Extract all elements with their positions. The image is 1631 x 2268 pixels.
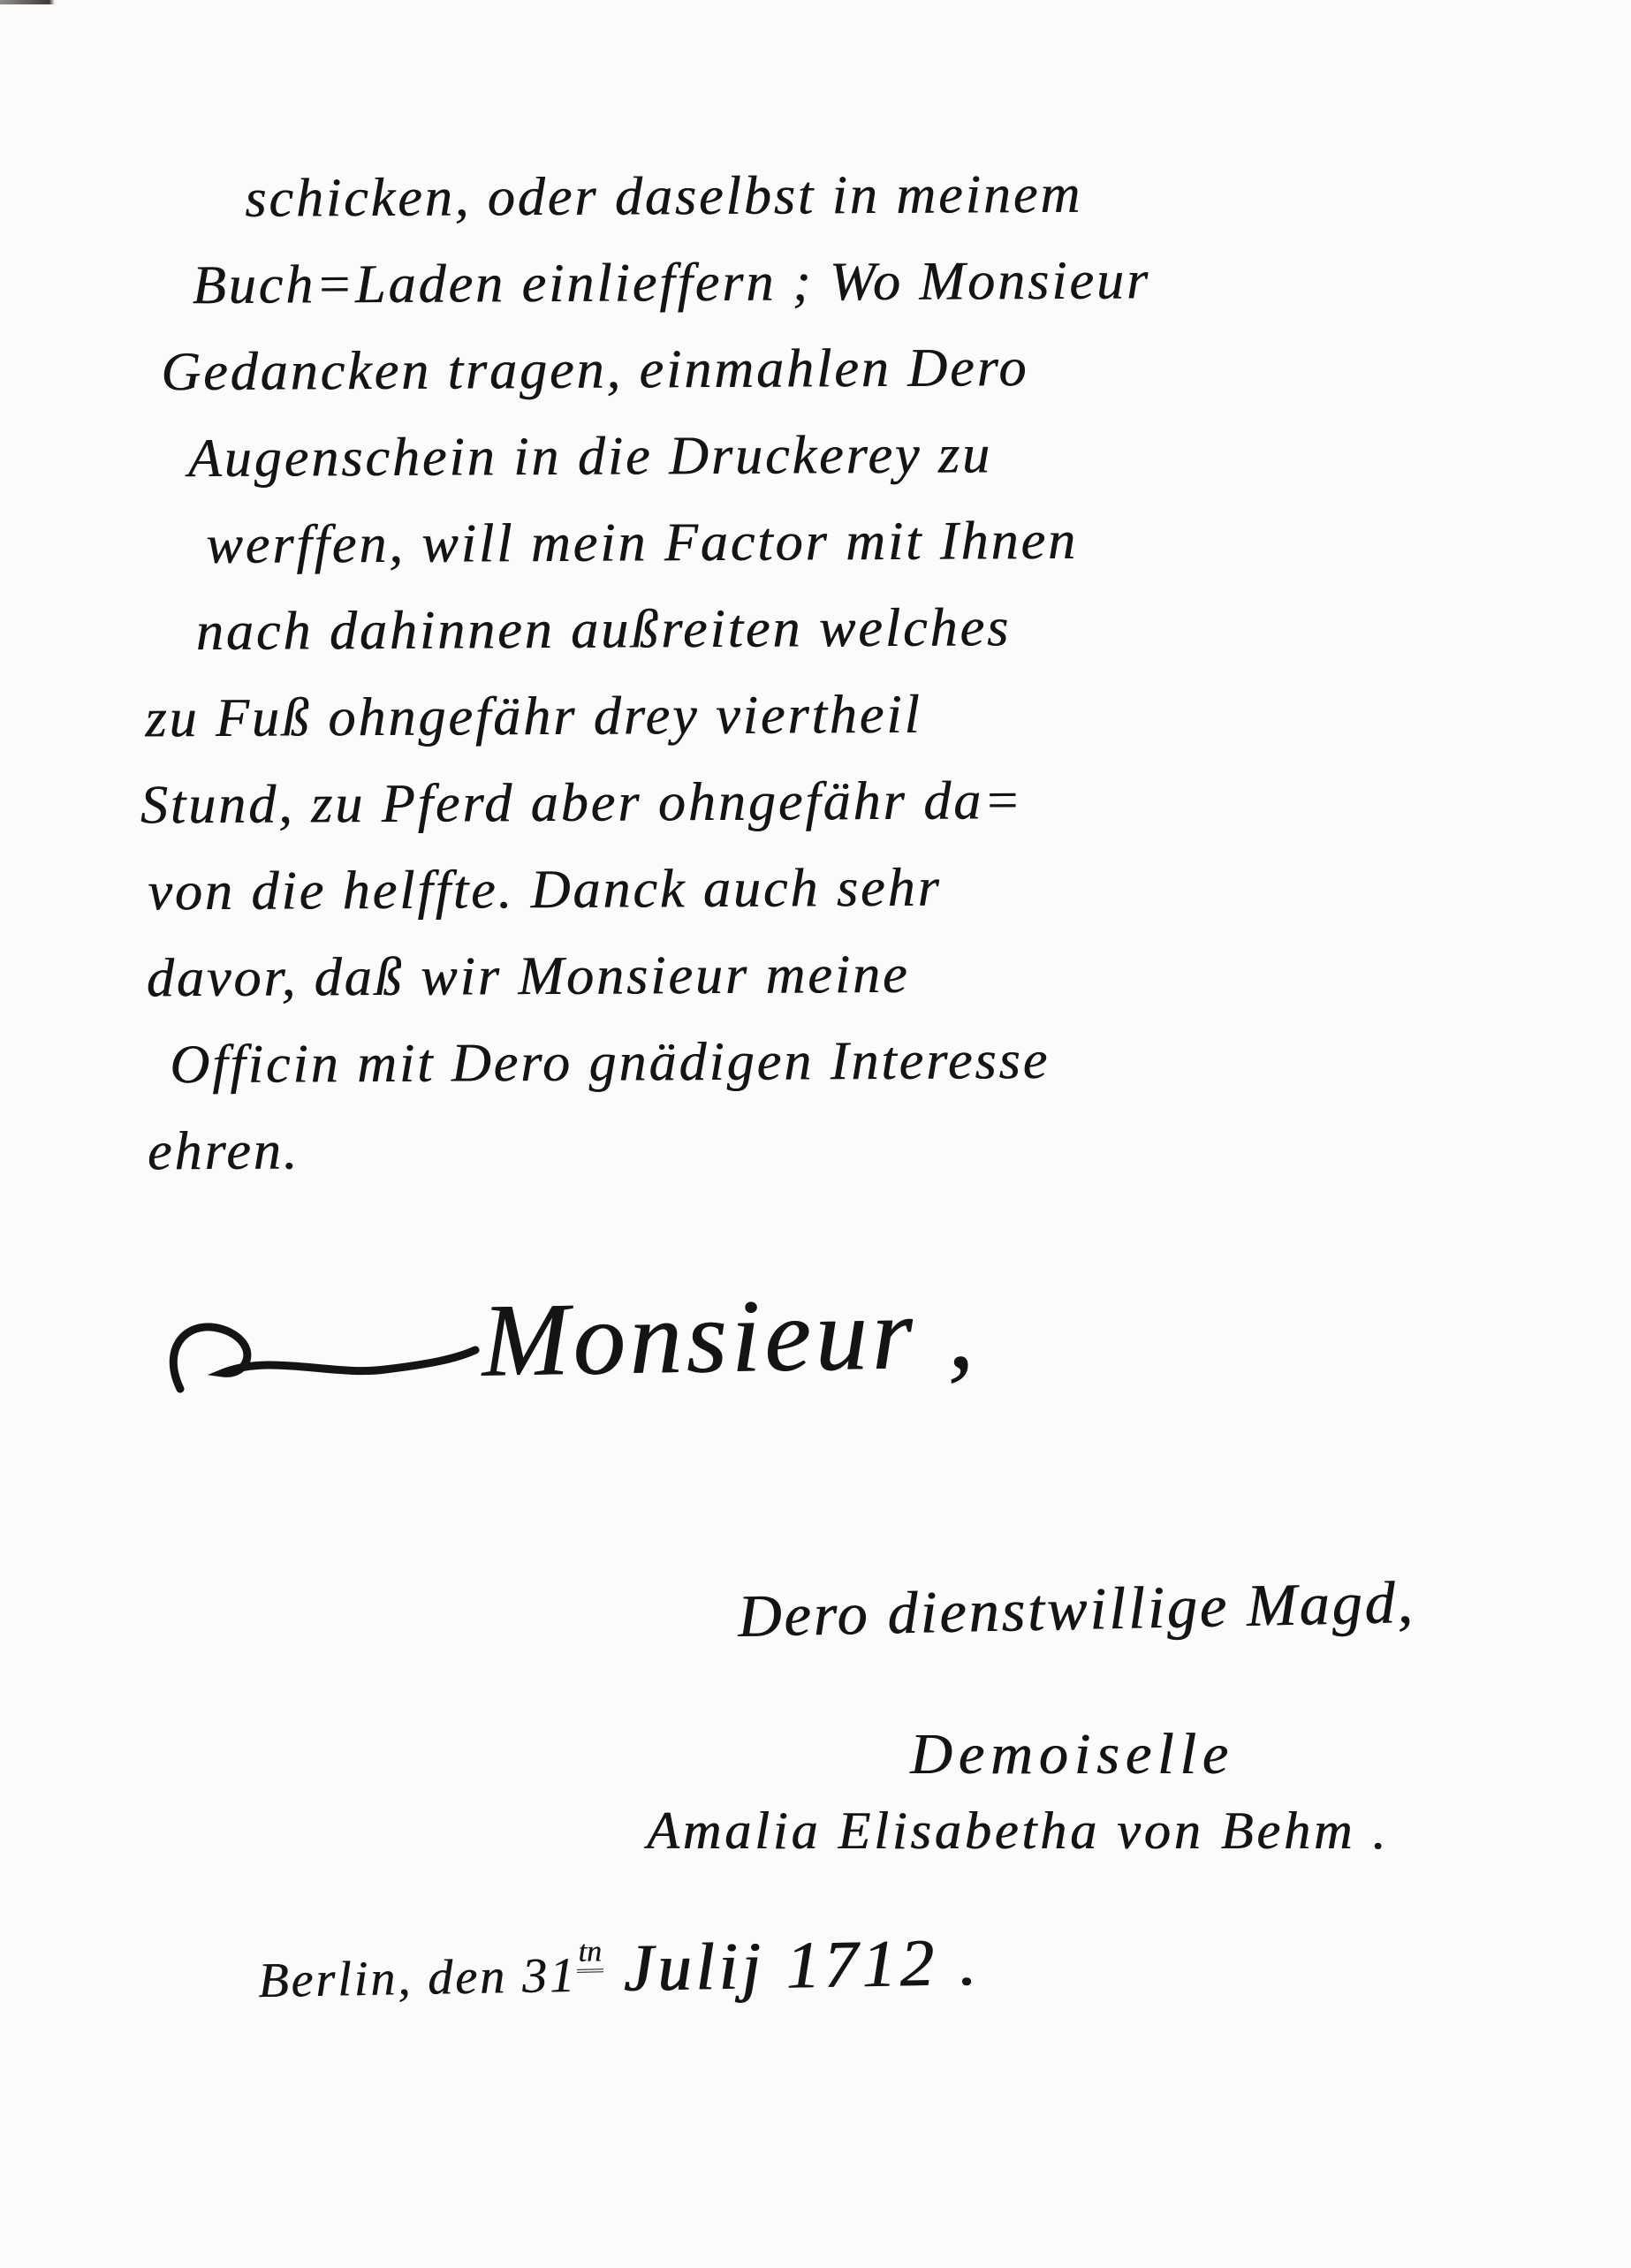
closing-servant-line: Dero dienstwillige Magd, (737, 1567, 1415, 1651)
manuscript-line-4: Augenschein in die Druckerey zu (138, 408, 1622, 503)
closing-title-line: Demoiselle (910, 1721, 1234, 1788)
manuscript-line-8: Stund, zu Pferd aber ohngefähr da= (140, 755, 1625, 849)
dateline-month-year: Julij 1712 . (623, 1925, 981, 2006)
manuscript-line-11: Officin mit Dero gnädigen Interesse (141, 1014, 1626, 1109)
signature-name: Amalia Elisabetha von Behm . (647, 1801, 1389, 1862)
dateline-place-day: Berlin, den 31 (258, 1948, 578, 2008)
manuscript-line-9: von die helffte. Danck auch sehr (140, 841, 1625, 936)
manuscript-line-5: werffen, will mein Factor mit Ihnen (139, 495, 1623, 589)
manuscript-line-10: davor, daß wir Monsieur meine (141, 928, 1626, 1022)
manuscript-line-6: nach dahinnen außreiten welches (139, 581, 1623, 676)
salutation: Monsieur , (481, 1272, 979, 1401)
scan-artifact (0, 0, 55, 4)
letter-body: schicken, oder daselbst in meinem Buch=L… (137, 148, 1627, 1195)
dateline-day-suffix: tn (576, 1935, 603, 1973)
manuscript-page: schicken, oder daselbst in meinem Buch=L… (0, 0, 1631, 2268)
pen-flourish-icon (164, 1292, 482, 1433)
dateline: Berlin, den 31tn Julij 1712 . (257, 1924, 981, 2014)
manuscript-line-1: schicken, oder daselbst in meinem (137, 148, 1621, 243)
manuscript-line-7: zu Fuß ohngefähr drey viertheil (140, 668, 1624, 762)
manuscript-line-12: ehren. (142, 1101, 1627, 1195)
manuscript-line-2: Buch=Laden einlieffern ; Wo Monsieur (137, 235, 1621, 330)
manuscript-line-3: Gedancken tragen, einmahlen Dero (138, 322, 1622, 416)
